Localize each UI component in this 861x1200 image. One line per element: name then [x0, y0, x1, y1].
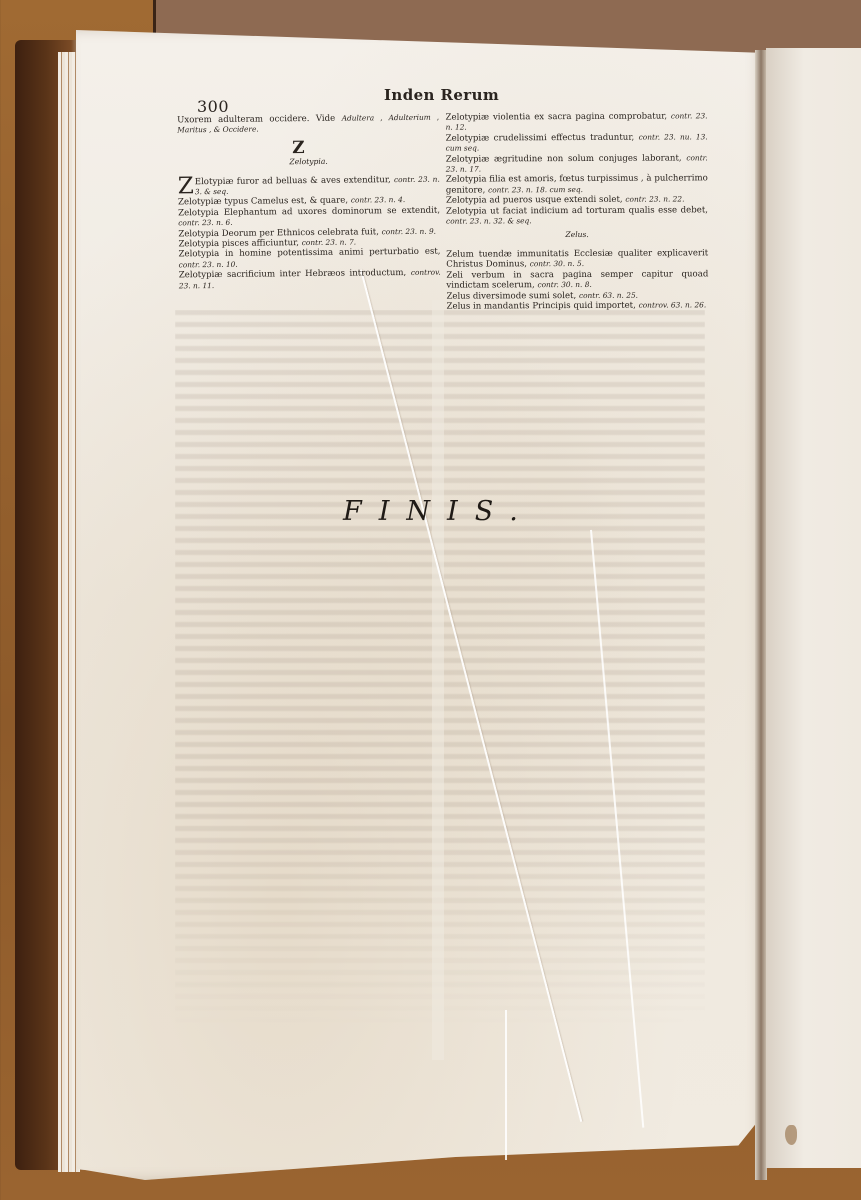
letter-heading: Z [177, 141, 439, 154]
index-entry: Zelum tuendæ immunitatis Ecclesiæ qualit… [446, 248, 708, 270]
index-entry: ZElotypiæ furor ad belluas & aves extend… [178, 174, 440, 198]
index-entry: Zelotypia ut faciat indicium ad torturam… [446, 205, 708, 227]
page-number: 300 [197, 97, 229, 116]
index-entry: Uxorem adulteram occidere. Vide Adultera… [177, 113, 439, 137]
index-entry: Zelotypiæ sacrificium inter Hebræos intr… [179, 268, 441, 292]
index-entry: Zelotypia in homine potentissima animi p… [178, 247, 440, 271]
index-entry: Zelotypia Elephantum ad uxores dominorum… [178, 205, 440, 229]
index-entry: Zelotypiæ violentia ex sacra pagina comp… [445, 111, 707, 133]
index-entry: Zelotypiæ crudelissimi effectus traduntu… [446, 132, 708, 154]
index-column-left: Uxorem adulteram occidere. Vide Adultera… [177, 113, 441, 292]
finis-text: FINIS. [343, 496, 535, 527]
index-entry: Zelotypia filia est amoris, fœtus turpis… [446, 174, 708, 196]
index-entry: Zelotypiæ ægritudine non solum conjuges … [446, 153, 708, 175]
running-head: Inden Rerum [384, 86, 499, 104]
section-heading: Zelotypia. [178, 156, 440, 169]
index-column-right: Zelotypiæ violentia ex sacra pagina comp… [445, 111, 708, 312]
drop-cap: Z [178, 177, 194, 195]
index-entry: Zeli verbum in sacra pagina semper capit… [446, 269, 708, 291]
printed-text: 300 Inden Rerum Uxorem adulteram occider… [0, 0, 861, 1200]
index-entry: Zelus in mandantis Principis quid import… [446, 300, 708, 312]
section-heading: Zelus. [446, 230, 708, 242]
